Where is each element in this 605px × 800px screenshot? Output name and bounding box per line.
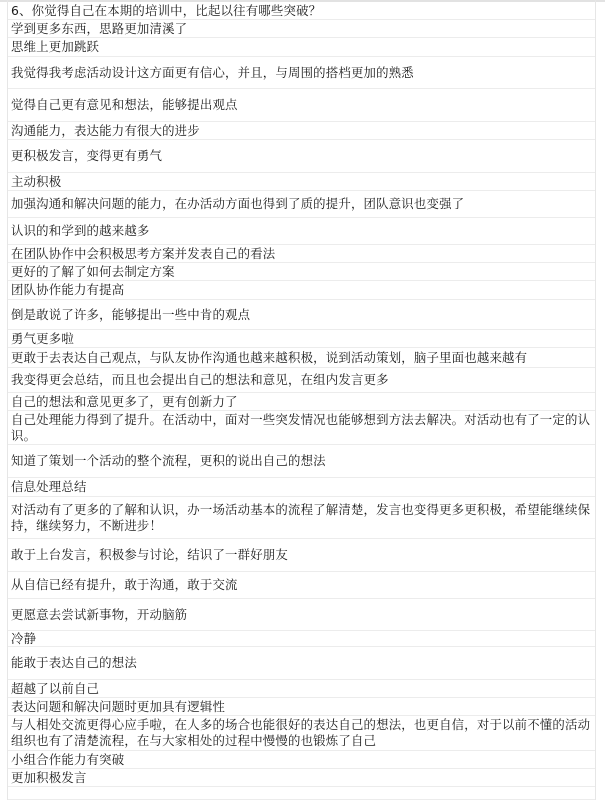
answer-row[interactable]: 倒是敢说了许多，能够提出一些中肯的观点	[8, 300, 595, 330]
answer-row[interactable]: 知道了策划一个活动的整个流程，更积的说出自己的想法	[8, 445, 595, 478]
answer-row[interactable]: 更积极发言，变得更有勇气	[8, 140, 595, 173]
answer-cell[interactable]: 能敢于表达自己的想法	[8, 655, 595, 671]
answer-cell[interactable]: 更愿意去尝试新事物，开动脑筋	[8, 607, 595, 623]
answer-cell[interactable]: 我变得更会总结，而且也会提出自己的想法和意见，在组内发言更多	[8, 372, 595, 388]
answer-row[interactable]: 加强沟通和解决问题的能力，在办活动方面也得到了质的提升，团队意识也变强了	[8, 191, 595, 218]
question-header-row[interactable]: 6、你觉得自己在本期的培训中，比起以往有哪些突破？	[8, 2, 595, 20]
answer-row[interactable]: 自己处理能力得到了提升。在活动中，面对一些突发情况也能够想到方法去解决。对活动也…	[8, 411, 595, 445]
answer-cell[interactable]: 在团队协作中会积极思考方案并发表自己的看法	[8, 246, 595, 262]
answer-cell[interactable]: 团队协作能力有提高	[8, 282, 595, 298]
spreadsheet: 6、你觉得自己在本期的培训中，比起以往有哪些突破？学到更多东西，思路更加清溪了思…	[0, 0, 605, 800]
answer-row[interactable]: 主动积极	[8, 173, 595, 191]
answer-cell[interactable]: 更敢于去表达自己观点，与队友协作沟通也越来越积极，说到活动策划，脑子里面也越来越…	[8, 350, 595, 366]
answer-cell[interactable]: 小组合作能力有突破	[8, 752, 595, 768]
answer-cell[interactable]: 倒是敢说了许多，能够提出一些中肯的观点	[8, 307, 595, 323]
answer-row[interactable]: 能敢于表达自己的想法	[8, 647, 595, 680]
answer-row[interactable]: 自己的想法和意见更多了，更有创新力了	[8, 393, 595, 411]
answer-cell[interactable]: 敢于上台发言，积极参与讨论，结识了一群好朋友	[8, 547, 595, 563]
answer-row[interactable]	[8, 787, 595, 800]
answer-row[interactable]: 思维上更加跳跃	[8, 38, 595, 57]
answer-row[interactable]: 表达问题和解决问题时更加具有逻辑性	[8, 698, 595, 716]
answer-cell[interactable]: 从自信已经有提升，敢于沟通，敢于交流	[8, 577, 595, 593]
answer-cell[interactable]: 主动积极	[8, 174, 595, 190]
column-gridline-right	[595, 0, 596, 800]
answer-row[interactable]: 我觉得我考虑活动设计这方面更有信心，并且，与周围的搭档更加的熟悉	[8, 57, 595, 89]
answer-row[interactable]: 更加积极发言	[8, 769, 595, 787]
answer-cell[interactable]: 勇气更多啦	[8, 331, 595, 347]
answer-row[interactable]: 小组合作能力有突破	[8, 751, 595, 769]
answer-cell[interactable]: 超越了以前自己	[8, 681, 595, 697]
answer-row[interactable]: 与人相处交流更得心应手啦，在人多的场合也能很好的表达自己的想法，也更自信，对于以…	[8, 716, 595, 751]
answer-cell[interactable]: 我觉得我考虑活动设计这方面更有信心，并且，与周围的搭档更加的熟悉	[8, 65, 595, 81]
answer-cell[interactable]: 更加积极发言	[8, 770, 595, 786]
answer-cell[interactable]: 表达问题和解决问题时更加具有逻辑性	[8, 699, 595, 715]
answer-cell[interactable]: 加强沟通和解决问题的能力，在办活动方面也得到了质的提升，团队意识也变强了	[8, 196, 595, 212]
answer-row[interactable]: 信息处理总结	[8, 478, 595, 497]
answer-cell[interactable]: 学到更多东西，思路更加清溪了	[8, 21, 595, 37]
answer-row[interactable]: 团队协作能力有提高	[8, 281, 595, 300]
answer-row[interactable]: 超越了以前自己	[8, 680, 595, 698]
answer-row[interactable]: 从自信已经有提升，敢于沟通，敢于交流	[8, 572, 595, 599]
answer-row[interactable]: 更敢于去表达自己观点，与队友协作沟通也越来越积极，说到活动策划，脑子里面也越来越…	[8, 348, 595, 368]
answer-row[interactable]: 学到更多东西，思路更加清溪了	[8, 20, 595, 38]
answer-cell[interactable]: 觉得自己更有意见和想法，能够提出观点	[8, 97, 595, 113]
answer-row[interactable]: 敢于上台发言，积极参与讨论，结识了一群好朋友	[8, 539, 595, 572]
answer-row[interactable]: 沟通能力，表达能力有很大的进步	[8, 122, 595, 140]
question-cell[interactable]: 6、你觉得自己在本期的培训中，比起以往有哪些突破？	[8, 3, 595, 19]
answer-cell[interactable]: 信息处理总结	[8, 479, 595, 495]
answer-row[interactable]: 更愿意去尝试新事物，开动脑筋	[8, 599, 595, 631]
answer-cell[interactable]: 知道了策划一个活动的整个流程，更积的说出自己的想法	[8, 453, 595, 469]
answer-cell[interactable]: 对活动有了更多的了解和认识，办一场活动基本的流程了解清楚，发言也变得更多更积极，…	[8, 502, 595, 534]
answer-cell[interactable]: 更好的了解了如何去制定方案	[8, 264, 595, 280]
answer-cell[interactable]: 认识的和学到的越来越多	[8, 223, 595, 239]
answer-row[interactable]: 觉得自己更有意见和想法，能够提出观点	[8, 89, 595, 122]
answer-cell[interactable]: 自己处理能力得到了提升。在活动中，面对一些突发情况也能够想到方法去解决。对活动也…	[8, 412, 595, 444]
answer-cell[interactable]: 与人相处交流更得心应手啦，在人多的场合也能很好的表达自己的想法，也更自信，对于以…	[8, 717, 595, 749]
answer-row[interactable]: 冷静	[8, 631, 595, 647]
answer-cell[interactable]: 思维上更加跳跃	[8, 39, 595, 55]
answer-row[interactable]: 更好的了解了如何去制定方案	[8, 263, 595, 281]
answer-cell[interactable]: 更积极发言，变得更有勇气	[8, 148, 595, 164]
answer-row[interactable]: 勇气更多啦	[8, 330, 595, 348]
answer-cell[interactable]: 自己的想法和意见更多了，更有创新力了	[8, 394, 595, 410]
answer-row[interactable]: 我变得更会总结，而且也会提出自己的想法和意见，在组内发言更多	[8, 368, 595, 393]
answer-row[interactable]: 对活动有了更多的了解和认识，办一场活动基本的流程了解清楚，发言也变得更多更积极，…	[8, 497, 595, 539]
answer-row[interactable]: 在团队协作中会积极思考方案并发表自己的看法	[8, 245, 595, 263]
answer-row[interactable]: 认识的和学到的越来越多	[8, 218, 595, 245]
answer-cell[interactable]: 冷静	[8, 631, 595, 647]
answer-cell[interactable]: 沟通能力，表达能力有很大的进步	[8, 123, 595, 139]
